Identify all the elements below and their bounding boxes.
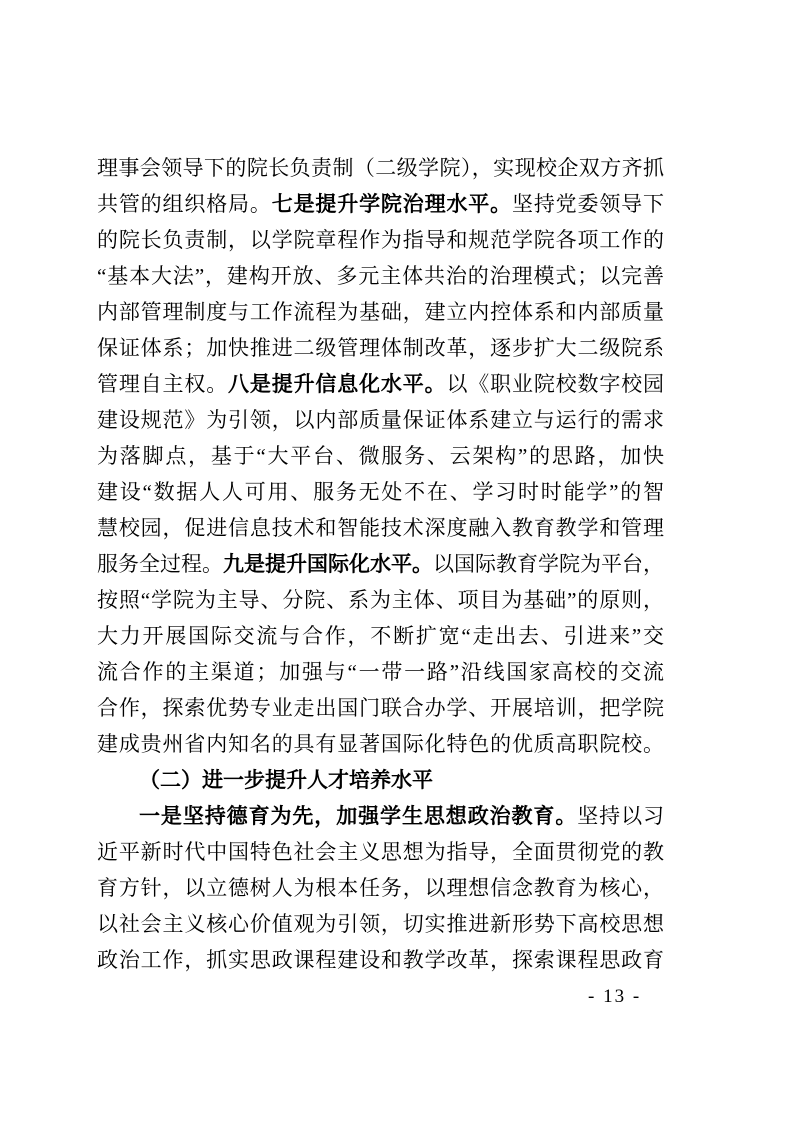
text-line: 理事会领导下的院长负责制（二级学院），实现校企双方齐抓 (97, 150, 664, 186)
text-run-bold: （二）进一步提升人才培养水平 (139, 768, 433, 792)
text-run: 政治工作，抓实思政课程建设和教学改革，探索课程思政育 (97, 948, 664, 972)
text-run: 以国际教育学院为平台， (433, 552, 664, 576)
text-line: 按照“学院为主导、分院、系为主体、项目为基础”的原则， (97, 582, 664, 618)
text-run: 以《职业院校数字校园 (446, 372, 664, 396)
text-run-bold: 一是坚持德育为先，加强学生思想政治教育。 (139, 804, 577, 828)
text-line: 建设规范》为引领，以内部质量保证体系建立与运行的需求 (97, 402, 664, 438)
document-body: 理事会领导下的院长负责制（二级学院），实现校企双方齐抓共管的组织格局。七是提升学… (97, 150, 664, 978)
text-line: 大力开展国际交流与合作，不断扩宽“走出去、引进来”交 (97, 618, 664, 654)
text-line: 内部管理制度与工作流程为基础，建立内控体系和内部质量 (97, 294, 664, 330)
text-line: 保证体系；加快推进二级管理体制改革，逐步扩大二级院系 (97, 330, 664, 366)
text-run-bold: 九是提升国际化水平。 (223, 552, 433, 576)
text-line: 的院长负责制，以学院章程作为指导和规范学院各项工作的 (97, 222, 664, 258)
text-line: 一是坚持德育为先，加强学生思想政治教育。坚持以习 (97, 798, 664, 834)
text-line: “基本大法”，建构开放、多元主体共治的治理模式；以完善 (97, 258, 664, 294)
text-run: 服务全过程。 (97, 552, 223, 576)
text-run: 育方针，以立德树人为根本任务，以理想信念教育为核心， (97, 876, 664, 900)
text-run: 共管的组织格局。 (97, 192, 272, 216)
text-run: 坚持以习 (577, 804, 664, 828)
text-run: 按照“学院为主导、分院、系为主体、项目为基础”的原则， (97, 588, 664, 612)
text-line: 流合作的主渠道；加强与“一带一路”沿线国家高校的交流 (97, 654, 664, 690)
text-run: 的院长负责制，以学院章程作为指导和规范学院各项工作的 (97, 228, 664, 252)
text-run: “基本大法”，建构开放、多元主体共治的治理模式；以完善 (97, 264, 664, 288)
text-line: 近平新时代中国特色社会主义思想为指导，全面贯彻党的教 (97, 834, 664, 870)
text-run: 内部管理制度与工作流程为基础，建立内控体系和内部质量 (97, 300, 664, 324)
text-run: 慧校园，促进信息技术和智能技术深度融入教育教学和管理 (97, 516, 664, 540)
text-run: 流合作的主渠道；加强与“一带一路”沿线国家高校的交流 (97, 660, 664, 684)
text-run: 坚持党委领导下 (512, 192, 664, 216)
text-line: 慧校园，促进信息技术和智能技术深度融入教育教学和管理 (97, 510, 664, 546)
text-run: 近平新时代中国特色社会主义思想为指导，全面贯彻党的教 (97, 840, 664, 864)
page-number: - 13 - (588, 985, 641, 1009)
text-run: 合作，探索优势专业走出国门联合办学、开展培训，把学院 (97, 696, 664, 720)
text-line: 育方针，以立德树人为根本任务，以理想信念教育为核心， (97, 870, 664, 906)
text-run: 建设“数据人人可用、服务无处不在、学习时时能学”的智 (97, 480, 664, 504)
text-line: 政治工作，抓实思政课程建设和教学改革，探索课程思政育 (97, 942, 664, 978)
text-run: 建成贵州省内知名的具有显著国际化特色的优质高职院校。 (97, 732, 664, 756)
text-run: 以社会主义核心价值观为引领，切实推进新形势下高校思想 (97, 912, 664, 936)
text-line: 服务全过程。九是提升国际化水平。以国际教育学院为平台， (97, 546, 664, 582)
text-run-bold: 七是提升学院治理水平。 (272, 192, 512, 216)
text-run: 理事会领导下的院长负责制（二级学院），实现校企双方齐抓 (97, 156, 664, 180)
text-line: 共管的组织格局。七是提升学院治理水平。坚持党委领导下 (97, 186, 664, 222)
document-page: 理事会领导下的院长负责制（二级学院），实现校企双方齐抓共管的组织格局。七是提升学… (0, 0, 793, 1122)
text-run: 管理自主权。 (97, 372, 228, 396)
text-line: （二）进一步提升人才培养水平 (97, 762, 664, 798)
text-run: 建设规范》为引领，以内部质量保证体系建立与运行的需求 (97, 408, 664, 432)
text-run: 保证体系；加快推进二级管理体制改革，逐步扩大二级院系 (97, 336, 664, 360)
text-run: 大力开展国际交流与合作，不断扩宽“走出去、引进来”交 (97, 624, 664, 648)
text-line: 为落脚点，基于“大平台、微服务、云架构”的思路，加快 (97, 438, 664, 474)
text-run-bold: 八是提升信息化水平。 (228, 372, 446, 396)
text-line: 合作，探索优势专业走出国门联合办学、开展培训，把学院 (97, 690, 664, 726)
text-line: 建设“数据人人可用、服务无处不在、学习时时能学”的智 (97, 474, 664, 510)
text-line: 管理自主权。八是提升信息化水平。以《职业院校数字校园 (97, 366, 664, 402)
text-line: 以社会主义核心价值观为引领，切实推进新形势下高校思想 (97, 906, 664, 942)
text-line: 建成贵州省内知名的具有显著国际化特色的优质高职院校。 (97, 726, 664, 762)
text-run: 为落脚点，基于“大平台、微服务、云架构”的思路，加快 (97, 444, 664, 468)
